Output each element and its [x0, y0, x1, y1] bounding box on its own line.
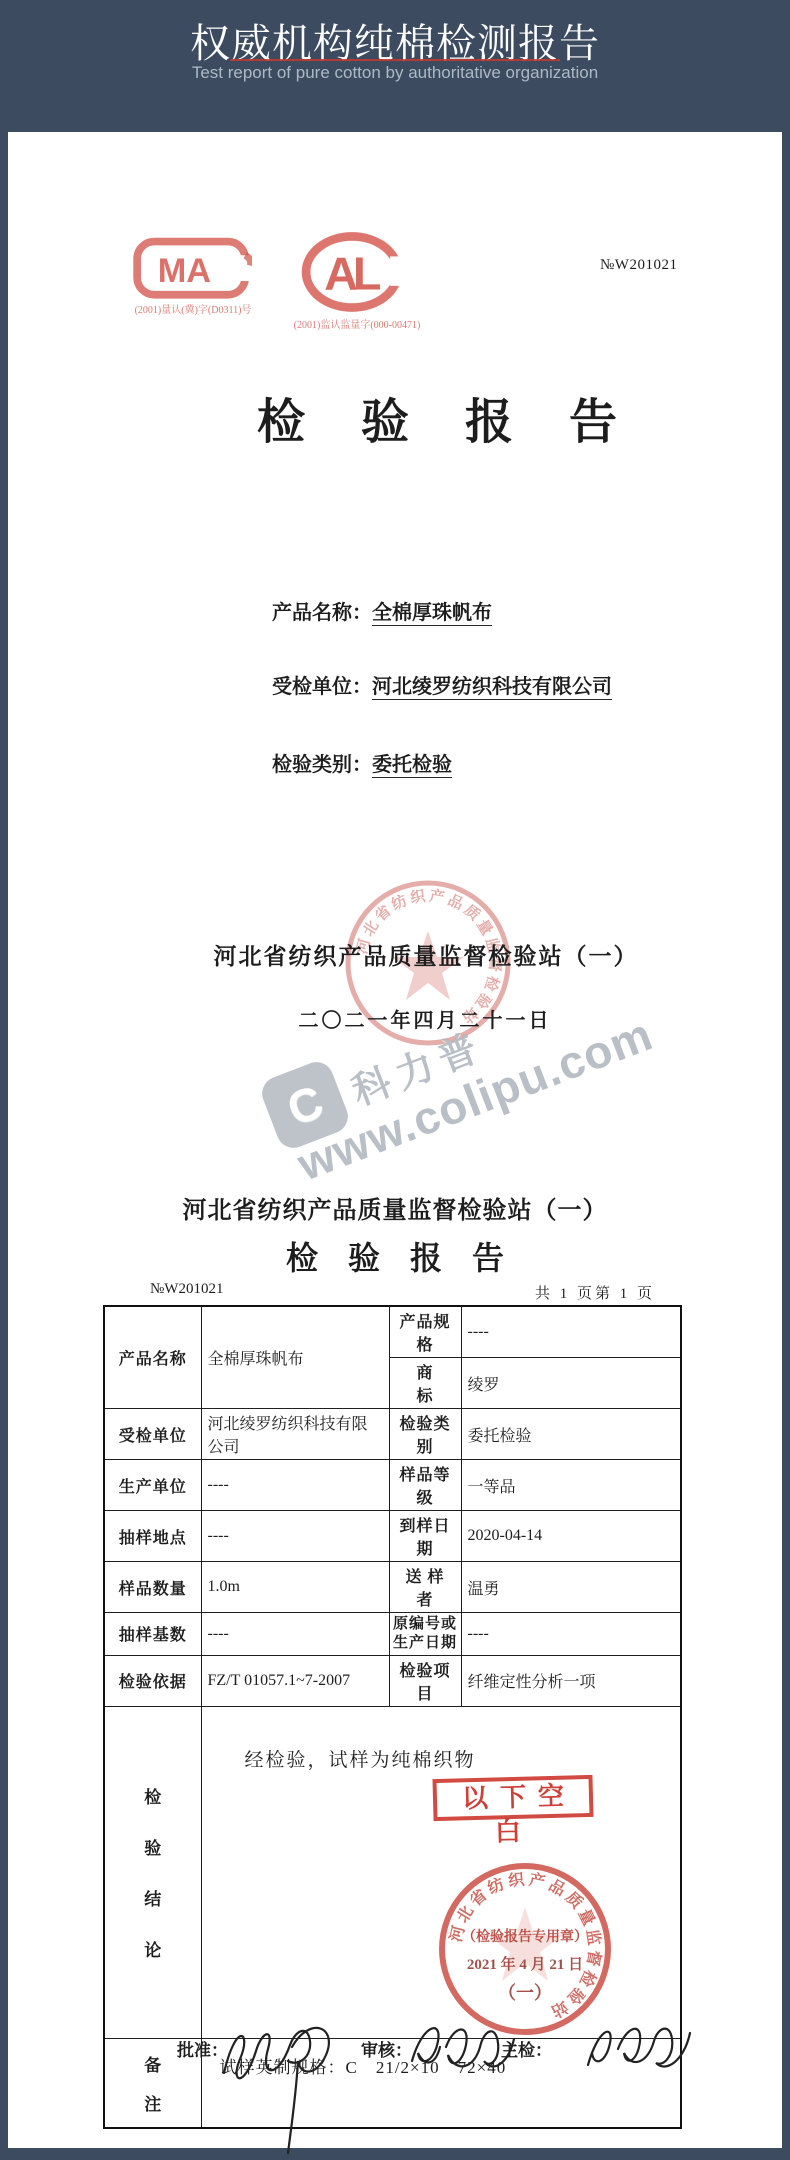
cell-value: ----	[461, 1306, 681, 1358]
field-value: 委托检验	[372, 754, 452, 778]
cell-value: FZ/T 01057.1~7-2007	[201, 1655, 389, 1706]
conclusion-label: 检 验 结 论	[104, 1706, 201, 2038]
banner-subtitle: Test report of pure cotton by authoritat…	[0, 63, 790, 83]
field-inspected-unit: 受检单位：河北绫罗纺织科技有限公司	[272, 670, 612, 699]
page: 权威机构纯棉检测报告 Test report of pure cotton by…	[0, 0, 790, 2160]
table-row: 抽样基数 ---- 原编号或生产日期 ----	[104, 1613, 681, 1656]
cell-value: ----	[201, 1460, 389, 1511]
cell-value: ----	[201, 1511, 389, 1562]
page1-report-title: 检验报告	[57, 383, 790, 452]
chief-inspector-label: 主检：	[501, 2036, 552, 2061]
field-inspection-type: 检验类别：委托检验	[272, 748, 452, 777]
approve-label: 批准：	[177, 2036, 228, 2061]
cell-label: 检验依据	[104, 1655, 201, 1706]
svg-text:（一）: （一）	[498, 1983, 552, 2003]
table-row: 产品名称 全棉厚珠帆布 产品规格 ----	[104, 1306, 681, 1358]
cell-label: 产品规格	[389, 1306, 461, 1358]
cell-label: 生产单位	[104, 1460, 201, 1511]
table-row: 抽样地点 ---- 到样日期 2020-04-14	[104, 1511, 681, 1562]
cell-label: 样品数量	[104, 1562, 201, 1613]
page2-institute: 河北省纺织产品质量监督检验站（一）	[0, 1190, 790, 1225]
cell-value: 河北绫罗纺织科技有限公司	[201, 1409, 389, 1460]
field-value: 全棉厚珠帆布	[372, 602, 492, 626]
cell-label: 样品等级	[389, 1460, 461, 1511]
field-label: 检验类别：	[272, 754, 372, 776]
cell-label: 送 样 者	[389, 1562, 461, 1613]
cell-value: 委托检验	[461, 1409, 681, 1460]
cell-value: ----	[201, 1613, 389, 1656]
review-label: 审核：	[361, 2036, 412, 2061]
table-row: 检验依据 FZ/T 01057.1~7-2007 检验项目 纤维定性分析一项	[104, 1655, 681, 1706]
label-char: 检	[144, 1783, 161, 1808]
cell-value: 绫罗	[461, 1358, 681, 1409]
cell-value: 温勇	[461, 1562, 681, 1613]
cell-label: 检验项目	[389, 1655, 461, 1706]
svg-text:2021 年 4 月 21 日: 2021 年 4 月 21 日	[466, 1955, 582, 1973]
page-count: 共 1 页第 1 页	[430, 1282, 655, 1303]
cal-stamp-icon: AL	[300, 232, 404, 312]
cell-label: 到样日期	[389, 1511, 461, 1562]
report-number: №W201021	[600, 257, 677, 274]
conclusion-cell: 经检验，试样为纯棉织物 以下空白 河北省纺织产品质量监督检验站 （检验报告专用章…	[201, 1706, 681, 2038]
conclusion-text: 经检验，试样为纯棉织物	[245, 1745, 476, 1772]
cell-value: 1.0m	[201, 1562, 389, 1613]
cell-value: 2020-04-14	[461, 1511, 681, 1562]
page1-institute: 河北省纺织产品质量监督检验站（一）	[31, 938, 790, 971]
svg-text:MA: MA	[158, 252, 211, 290]
banner-accent-line	[230, 59, 560, 61]
cell-value: 纤维定性分析一项	[461, 1655, 681, 1706]
cell-label: 产品名称	[104, 1306, 201, 1409]
table-row: 受检单位 河北绫罗纺织科技有限公司 检验类别 委托检验	[104, 1409, 681, 1460]
conclusion-row: 检 验 结 论 经检验，试样为纯棉织物 以下空白 河北省纺织产品质量监督检验站 …	[104, 1706, 681, 2038]
label-char: 验	[144, 1834, 161, 1859]
label-char: 论	[144, 1936, 161, 1961]
cell-value: ----	[461, 1613, 681, 1656]
svg-text:AL: AL	[324, 247, 381, 299]
cma-stamp-icon: MA	[132, 236, 252, 302]
table-row: 生产单位 ---- 样品等级 一等品	[104, 1460, 681, 1511]
banner: 权威机构纯棉检测报告 Test report of pure cotton by…	[0, 0, 790, 132]
blank-below-stamp: 以下空白	[432, 1774, 593, 1820]
cell-label: 原编号或生产日期	[389, 1613, 461, 1656]
field-product-name: 产品名称：全棉厚珠帆布	[272, 596, 492, 625]
table-row: 样品数量 1.0m 送 样 者 温勇	[104, 1562, 681, 1613]
label-char: 结	[144, 1885, 161, 1910]
cell-value: 一等品	[461, 1460, 681, 1511]
svg-text:（检验报告专用章）: （检验报告专用章）	[462, 1928, 588, 1945]
cma-stamp-caption: (2001)量认(冀)字(D0311)号	[118, 301, 268, 316]
cell-label: 抽样基数	[104, 1613, 201, 1656]
cell-label: 受检单位	[104, 1409, 201, 1460]
cal-stamp-caption: (2001)监认监量字(000-00471)	[282, 316, 432, 331]
field-label: 受检单位：	[272, 676, 372, 698]
handwritten-signatures	[140, 2003, 700, 2158]
cell-value: 全棉厚珠帆布	[201, 1306, 389, 1409]
page2-report-title: 检验报告	[0, 1233, 790, 1279]
field-label: 产品名称：	[272, 602, 372, 624]
cell-label: 抽样地点	[104, 1511, 201, 1562]
page2-report-number: №W201021	[150, 1281, 223, 1298]
field-value: 河北绫罗纺织科技有限公司	[372, 676, 612, 700]
cell-label: 商 标	[389, 1358, 461, 1409]
cell-label: 检验类别	[389, 1409, 461, 1460]
